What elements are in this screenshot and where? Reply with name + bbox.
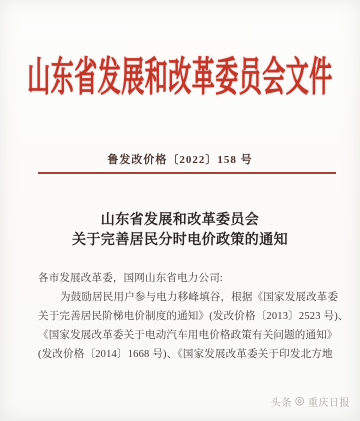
watermark-prefix: 头条	[271, 394, 292, 409]
document-title-line-2: 关于完善居民分时电价政策的通知	[0, 231, 360, 251]
toutiao-watermark: 头条 ◎ 重庆日报	[271, 394, 350, 409]
document-title: 山东省发展和改革委员会 关于完善居民分时电价政策的通知	[0, 211, 360, 251]
document-number: 鲁发改价格〔2022〕158 号	[0, 151, 360, 167]
body-line: 《国家发展改革委关于电动汽车用电价格政策有关问题的通知》	[38, 326, 338, 345]
document-body: 各市发展改革委，国网山东省电力公司: 为鼓励居民用户参与电力移峰填谷，根据《国家…	[38, 269, 338, 364]
body-line: 关于完善居民阶梯电价制度的通知》(发改价格〔2013〕2523 号)、	[38, 307, 338, 326]
circle-logo-icon: ◎	[295, 396, 305, 407]
body-line: 为鼓励居民用户参与电力移峰填谷，根据《国家发展改革委	[38, 288, 338, 307]
document-title-line-1: 山东省发展和改革委员会	[0, 211, 360, 231]
official-document-photo: 山东省发展和改革委员会文件 鲁发改价格〔2022〕158 号 山东省发展和改革委…	[0, 0, 360, 421]
body-line: (发改价格〔2014〕1668 号)、《国家发展改革委关于印发北方地	[38, 345, 338, 364]
body-line-addressee: 各市发展改革委，国网山东省电力公司:	[38, 269, 338, 288]
watermark-source: 重庆日报	[308, 394, 350, 409]
agency-header: 山东省发展和改革委员会文件	[0, 57, 360, 97]
header-divider-rule	[38, 172, 336, 174]
